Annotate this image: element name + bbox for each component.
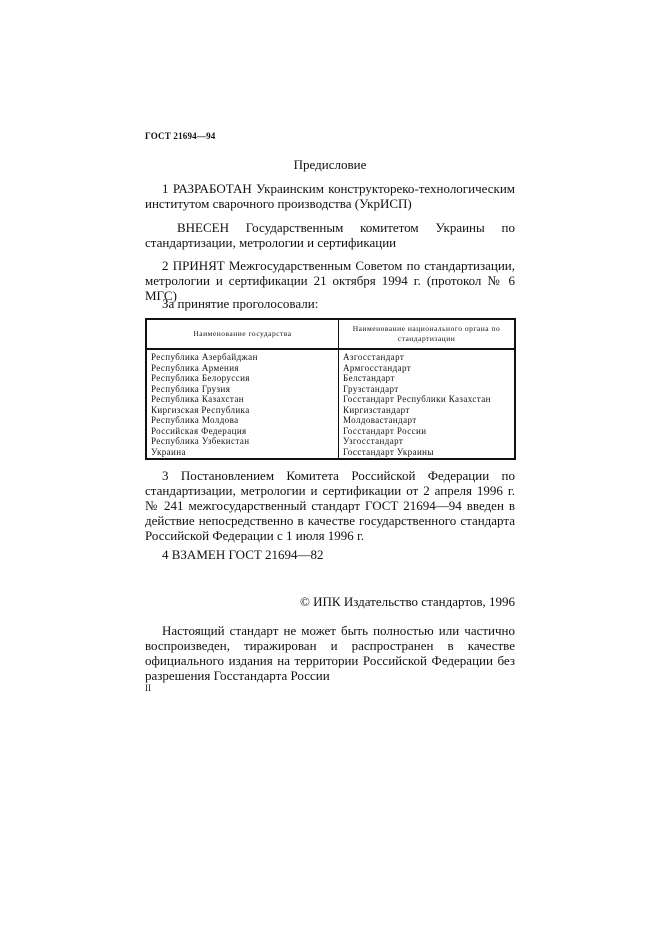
copyright-notice: © ИПК Издательство стандартов, 1996 bbox=[145, 594, 515, 610]
table-cell-state: Республика Казахстан bbox=[146, 394, 339, 405]
table-row: Республика МолдоваМолдовастандарт bbox=[146, 415, 515, 426]
paragraph-voted-text: За принятие проголосовали: bbox=[162, 296, 318, 311]
table-header-row: Наименование государства Наименование на… bbox=[146, 319, 515, 349]
table-cell-national-body: Белстандарт bbox=[339, 373, 516, 384]
table-body: Республика АзербайджанАзгосстандартРеспу… bbox=[146, 349, 515, 459]
table-cell-national-body: Азгосстандарт bbox=[339, 349, 516, 363]
paragraph-resolution-text: 3 Постановлением Комитета Российской Фед… bbox=[145, 468, 515, 543]
table-cell-national-body: Госстандарт Украины bbox=[339, 447, 516, 460]
paragraph-developed-text: 1 РАЗРАБОТАН Украинским конструктореко-т… bbox=[145, 181, 515, 211]
table-cell-national-body: Госстандарт Республики Казахстан bbox=[339, 394, 516, 405]
table-row: Республика УзбекистанУзгосстандарт bbox=[146, 436, 515, 447]
table-cell-national-body: Узгосстандарт bbox=[339, 436, 516, 447]
table-row: Республика АзербайджанАзгосстандарт bbox=[146, 349, 515, 363]
table-cell-national-body: Молдовастандарт bbox=[339, 415, 516, 426]
paragraph-developed: 1 РАЗРАБОТАН Украинским конструктореко-т… bbox=[145, 181, 515, 211]
table-row: Республика АрменияАрмгосстандарт bbox=[146, 363, 515, 374]
paragraph-replaces: 4 ВЗАМЕН ГОСТ 21694—82 bbox=[145, 547, 515, 562]
page-number: II bbox=[145, 683, 151, 693]
table-cell-national-body: Госстандарт России bbox=[339, 426, 516, 437]
table-cell-state: Киргизская Республика bbox=[146, 405, 339, 416]
section-title: Предисловие bbox=[145, 157, 515, 173]
table-cell-state: Украина bbox=[146, 447, 339, 460]
paragraph-replaces-text: 4 ВЗАМЕН ГОСТ 21694—82 bbox=[162, 547, 324, 562]
table-cell-state: Республика Узбекистан bbox=[146, 436, 339, 447]
table-cell-national-body: Грузстандарт bbox=[339, 384, 516, 395]
paragraph-introduced-text: ВНЕСЕН Государственным комитетом Украины… bbox=[145, 220, 515, 250]
table-cell-national-body: Киргизстандарт bbox=[339, 405, 516, 416]
paragraph-voted: За принятие проголосовали: bbox=[145, 296, 515, 311]
paragraph-reproduction-notice-text: Настоящий стандарт не может быть полност… bbox=[145, 623, 515, 683]
table-row: УкраинаГосстандарт Украины bbox=[146, 447, 515, 460]
table-cell-state: Республика Молдова bbox=[146, 415, 339, 426]
table-cell-state: Российская Федерация bbox=[146, 426, 339, 437]
table-row: Республика БелоруссияБелстандарт bbox=[146, 373, 515, 384]
table-cell-state: Республика Грузия bbox=[146, 384, 339, 395]
table-row: Российская ФедерацияГосстандарт России bbox=[146, 426, 515, 437]
table-cell-state: Республика Азербайджан bbox=[146, 349, 339, 363]
table-header-national-body: Наименование национального органа по ста… bbox=[339, 319, 516, 349]
paragraph-reproduction-notice: Настоящий стандарт не может быть полност… bbox=[145, 623, 515, 683]
table-header-state: Наименование государства bbox=[146, 319, 339, 349]
table-cell-national-body: Армгосстандарт bbox=[339, 363, 516, 374]
document-header-id: ГОСТ 21694—94 bbox=[145, 131, 215, 141]
voting-table: Наименование государства Наименование на… bbox=[145, 318, 516, 460]
paragraph-introduced: ВНЕСЕН Государственным комитетом Украины… bbox=[145, 220, 515, 250]
table-row: Киргизская РеспубликаКиргизстандарт bbox=[146, 405, 515, 416]
paragraph-resolution: 3 Постановлением Комитета Российской Фед… bbox=[145, 468, 515, 543]
table-row: Республика КазахстанГосстандарт Республи… bbox=[146, 394, 515, 405]
table-cell-state: Республика Армения bbox=[146, 363, 339, 374]
table-row: Республика ГрузияГрузстандарт bbox=[146, 384, 515, 395]
table-cell-state: Республика Белоруссия bbox=[146, 373, 339, 384]
